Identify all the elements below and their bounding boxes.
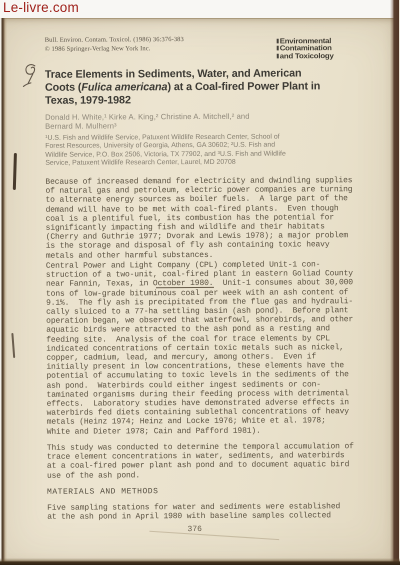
journal-page: Bull. Environ. Contam. Toxicol. (1986) 3… — [0, 18, 400, 565]
body-paragraph-3: This study was conducted to determine th… — [47, 442, 377, 481]
title-line: Coots (Fulica americana) at a Coal-fired… — [45, 80, 365, 95]
journal-citation: Bull. Environ. Contam. Toxicol. (1986) 3… — [45, 36, 184, 45]
scanned-page-photo: Le-livre.com Bull. Environ. Contam. Toxi… — [0, 0, 400, 565]
logo-bar-icon — [277, 46, 279, 51]
page-left-edge — [0, 18, 7, 565]
logo-bar-icon — [277, 39, 279, 44]
margin-pen-line — [13, 153, 17, 190]
logo-text: and Toxicology — [280, 52, 334, 61]
affiliation-block: ¹U.S. Fish and Wildlife Service, Patuxen… — [45, 133, 345, 168]
title-text: Coots ( — [45, 82, 82, 94]
title-text: ) at a Coal-fired Power Plant in — [167, 81, 320, 94]
logo-bar-icon — [277, 54, 279, 59]
journal-copyright: © 1986 Springer-Verlag New York Inc. — [45, 45, 184, 54]
watermark-text: Le-livre.com — [3, 0, 79, 15]
authors-line: Donald H. White,¹ Kirke A. King,² Christ… — [45, 112, 250, 122]
margin-pen-mark — [11, 333, 15, 358]
title-species-italic: Fulica americana — [81, 81, 167, 93]
article-title: Trace Elements in Sediments, Water, and … — [45, 67, 365, 108]
section-heading: MATERIALS AND METHODS — [47, 486, 377, 497]
body-paragraph-4: Five sampling stations for water and sed… — [47, 502, 377, 522]
authors-line: Bernard M. Mulhern³ — [45, 121, 250, 131]
page-content: Bull. Environ. Contam. Toxicol. (1986) 3… — [0, 18, 400, 565]
handwritten-squiggle-mark — [21, 62, 43, 90]
journal-logo-line: and Toxicology — [277, 52, 357, 59]
page-bottom-edge — [0, 558, 400, 565]
journal-logo: Environmental Contamination and Toxicolo… — [277, 37, 357, 60]
author-list: Donald H. White,¹ Kirke A. King,² Christ… — [45, 112, 250, 131]
page-number: 376 — [47, 524, 342, 535]
title-line: Texas, 1979-1982 — [45, 94, 365, 109]
journal-header: Bull. Environ. Contam. Toxicol. (1986) 3… — [45, 36, 184, 54]
body-paragraph-1: Because of increased demand for electric… — [45, 176, 375, 261]
watermark-bar: Le-livre.com — [0, 0, 400, 18]
page-right-edge — [390, 0, 400, 565]
